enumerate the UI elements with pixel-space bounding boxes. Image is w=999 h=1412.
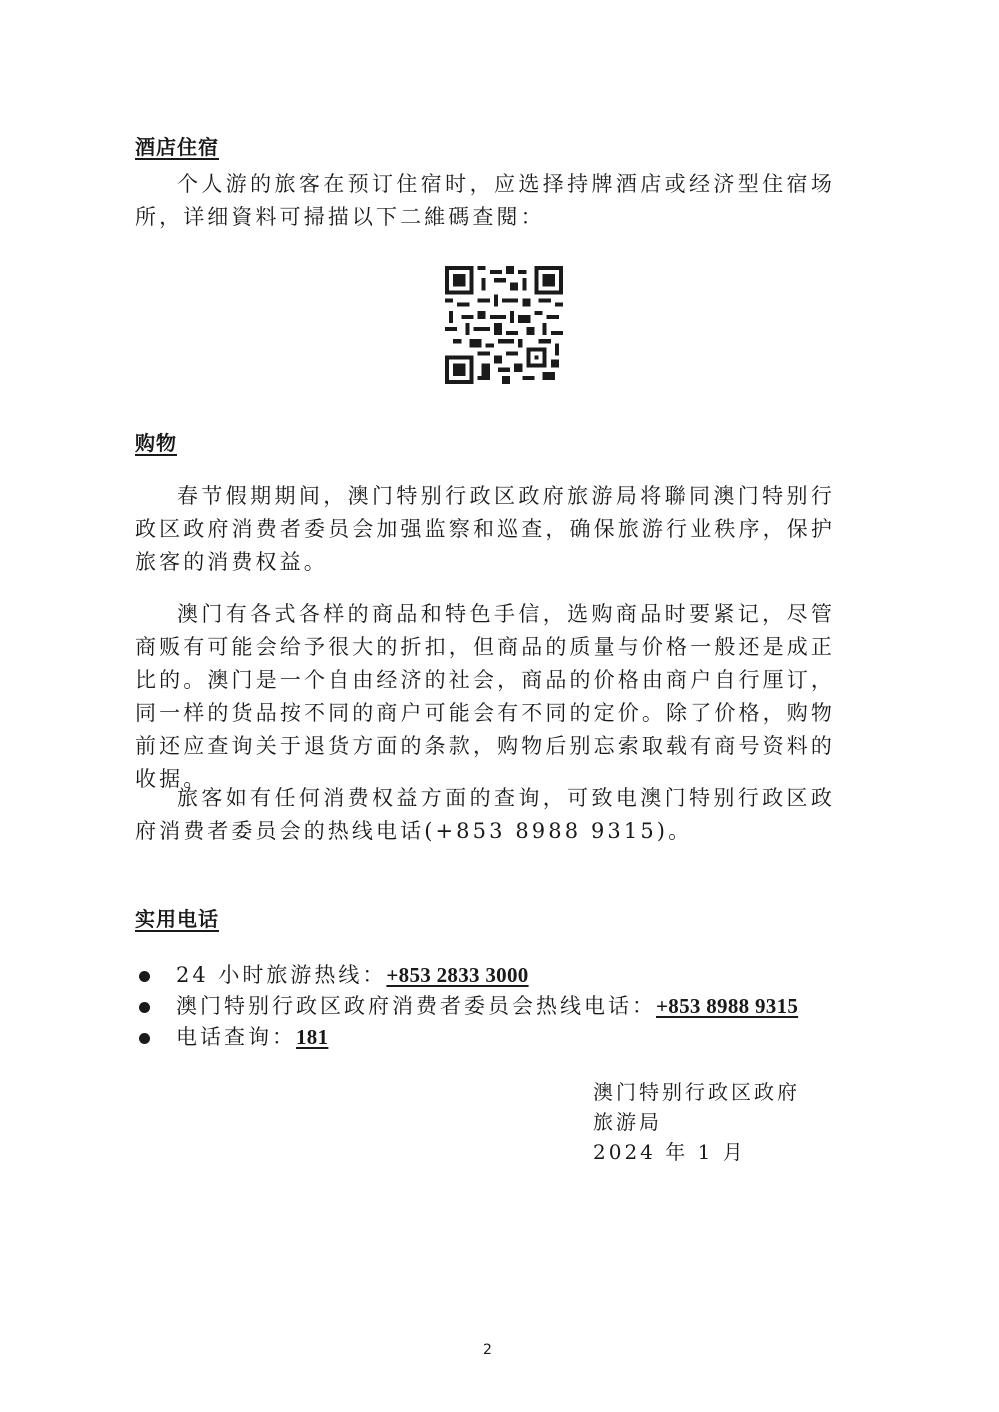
phone-link-tourism-hotline[interactable]: +853 2833 3000: [386, 963, 528, 987]
paragraph-hotel: 个人游的旅客在预订住宿时，应选择持牌酒店或经济型住宿场所，详细資料可掃描以下二維…: [135, 168, 835, 234]
paragraph-shopping-1: 春节假期期间，澳门特别行政区政府旅游局将聯同澳门特别行政区政府消费者委员会加强监…: [135, 480, 835, 579]
signature-org: 澳门特别行政区政府: [593, 1077, 800, 1107]
phone-link-enquiry[interactable]: 181: [296, 1025, 328, 1049]
signature-date: 2024 年 1 月: [593, 1137, 800, 1167]
heading-useful-phones: 实用电话: [135, 903, 219, 932]
signature-block: 澳门特别行政区政府 旅游局 2024 年 1 月: [593, 1077, 800, 1167]
bullet-icon: [139, 1002, 150, 1013]
phone-label: 澳门特别行政区政府消费者委员会热线电话：: [176, 994, 656, 1018]
bullet-icon: [139, 971, 150, 982]
paragraph-shopping-2: 澳门有各式各样的商品和特色手信，选购商品时要紧记，尽管商贩有可能会给予很大的折扣…: [135, 598, 835, 796]
heading-shopping: 购物: [135, 427, 177, 456]
page-number: 2: [483, 1342, 492, 1358]
heading-hotel: 酒店住宿: [135, 131, 219, 160]
qr-code-icon[interactable]: [444, 266, 564, 384]
document-page: 酒店住宿 个人游的旅客在预订住宿时，应选择持牌酒店或经济型住宿场所，详细資料可掃…: [0, 0, 999, 1412]
signature-bureau: 旅游局: [593, 1107, 800, 1137]
phone-label: 电话查询：: [176, 1025, 296, 1049]
phone-link-consumer-council[interactable]: +853 8988 9315: [656, 994, 798, 1018]
phone-label: 24 小时旅游热线：: [176, 963, 386, 987]
bullet-icon: [139, 1033, 150, 1044]
paragraph-shopping-3: 旅客如有任何消费权益方面的查询，可致电澳门特别行政区政府消费者委员会的热线电话(…: [135, 782, 835, 848]
